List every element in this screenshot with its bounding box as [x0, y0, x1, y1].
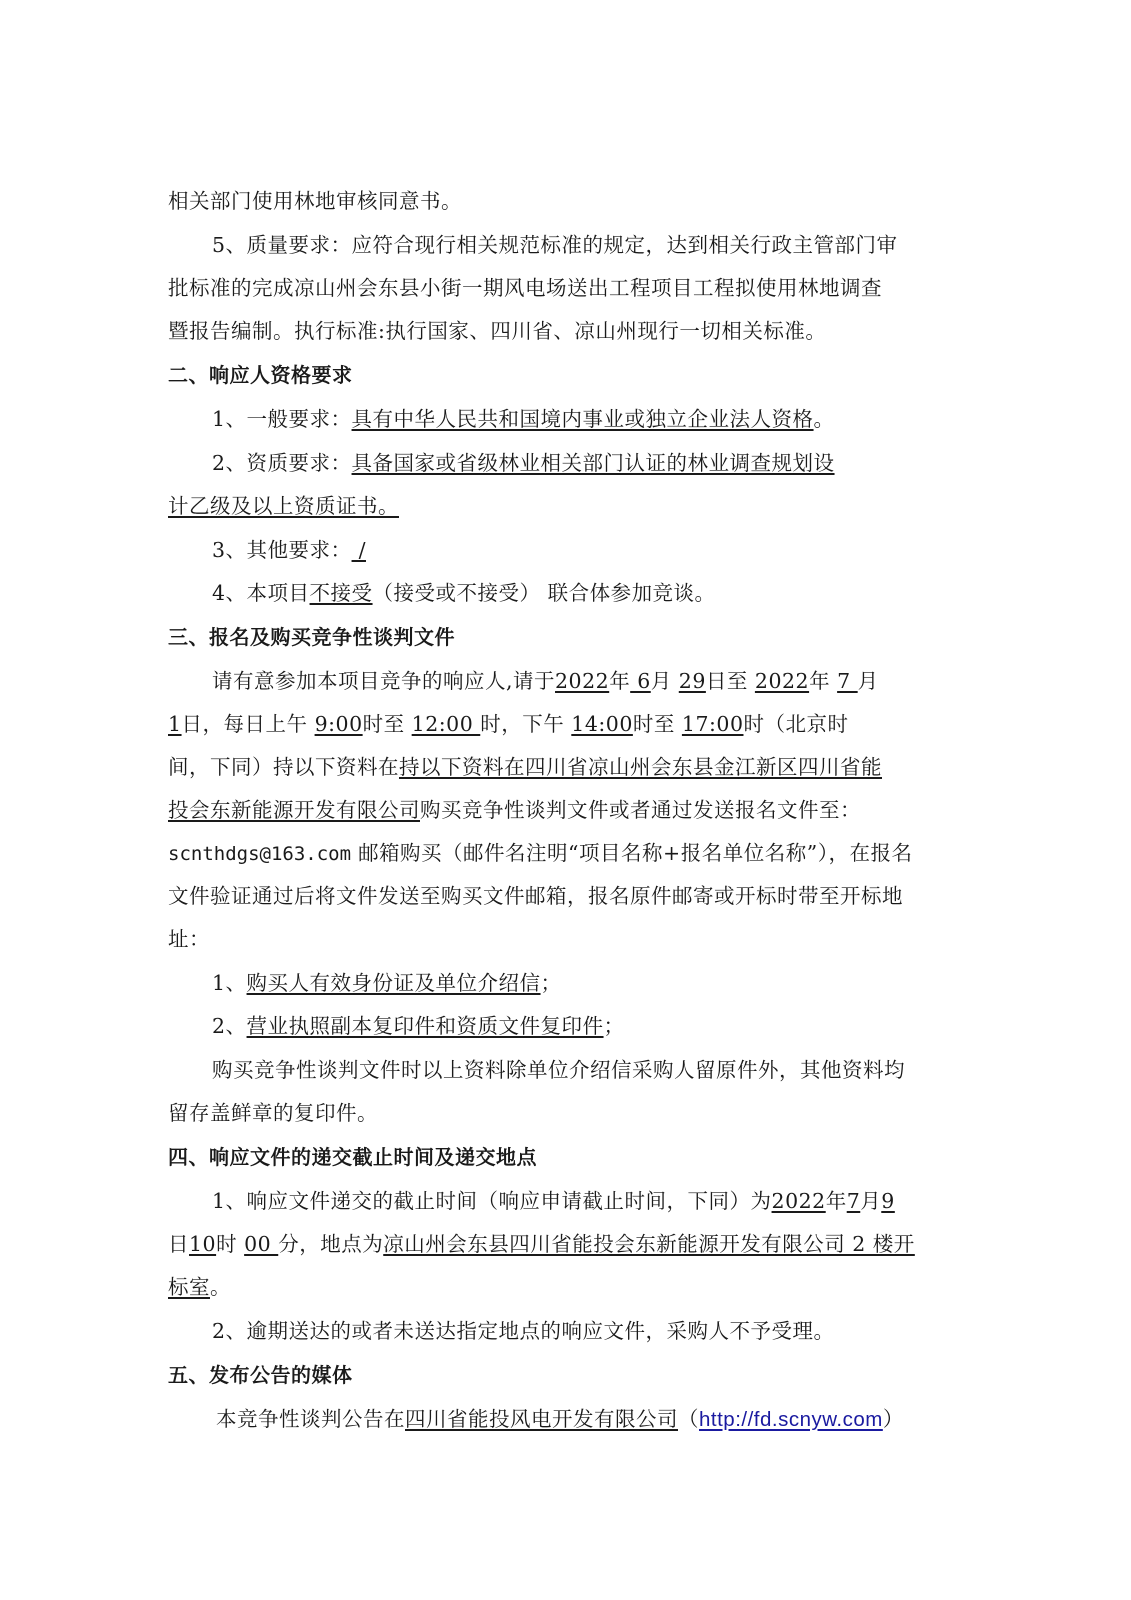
registration-line-6: 文件验证通过后将文件发送至购买文件邮箱，报名原件邮寄或开标时带至开标地 [168, 881, 948, 911]
quality-req-line-2: 批标准的完成凉山州会东县小街一期风电场送出工程项目工程拟使用林地调查 [168, 273, 948, 303]
media-organization: 四川省能投风电开发有限公司 [405, 1407, 678, 1431]
text: 时至 [633, 712, 675, 736]
text: 。 [210, 1275, 231, 1299]
end-year: 2022 [755, 669, 809, 693]
deadline-month: 7 [847, 1189, 861, 1213]
general-req-end: 。 [814, 407, 835, 431]
general-req-label: 1、一般要求： [212, 407, 352, 431]
text: 年 [826, 1189, 847, 1213]
deadline-minute: 00 [244, 1232, 278, 1256]
text: （ [678, 1407, 699, 1431]
submission-place: 凉山州会东县四川省能投会东新能源开发有限公司 2 楼开 [383, 1232, 915, 1256]
registration-line-7: 址： [168, 924, 948, 954]
section-heading-2: 二、响应人资格要求 [168, 360, 948, 390]
registration-line-5: scnthdgs@163.com 邮箱购买（邮件名注明“项目名称+报名单位名称”… [168, 838, 948, 869]
material-item-2: 2、营业执照副本复印件和资质文件复印件； [168, 1011, 992, 1041]
registration-line-1: 请有意参加本项目竞争的响应人,请于2022年 6月 29日至 2022年 7 月 [168, 666, 992, 696]
start-year: 2022 [555, 669, 609, 693]
pm-end-time: 17:00 [682, 712, 744, 736]
text: 月 [860, 1189, 881, 1213]
text: 分，地点为 [278, 1232, 383, 1256]
qualification-req-cont: 计乙级及以上资质证书。 [168, 491, 948, 521]
registration-line-2: 1日，每日上午 9:00时至 12:00 时，下午 14:00时至 17:00时… [168, 709, 948, 739]
other-req-label: 3、其他要求： [212, 538, 352, 562]
end-day: 1 [168, 712, 182, 736]
qualification-req-value-2: 计乙级及以上资质证书。 [168, 494, 399, 518]
text: 邮箱购买（邮件名注明“项目名称+报名单位名称”），在报名 [358, 841, 912, 865]
section-heading-5: 五、发布公告的媒体 [168, 1360, 948, 1390]
start-day: 29 [679, 669, 706, 693]
text: 时 [216, 1232, 237, 1256]
text: 间，下同）持以下资料在 [168, 755, 399, 779]
deadline-hour: 10 [189, 1232, 216, 1256]
consortium-req-value: 不接受 [310, 581, 373, 605]
registration-line-4: 投会东新能源开发有限公司购买竞争性谈判文件或者通过发送报名文件至： [168, 795, 948, 825]
text: ） [883, 1407, 904, 1431]
submission-line-3: 标室。 [168, 1272, 948, 1302]
am-end-time: 12:00 [412, 712, 481, 736]
consortium-req-pre: 4、本项目 [212, 581, 310, 605]
registration-email: scnthdgs@163.com [168, 843, 351, 865]
material-item-1-value: 购买人有效身份证及单位介绍信 [247, 971, 541, 995]
text: 年 [809, 669, 830, 693]
qualification-req: 2、资质要求：具备国家或省级林业相关部门认证的林业调查规划设 [168, 448, 992, 478]
text: ； [604, 1014, 625, 1038]
general-req: 1、一般要求：具有中华人民共和国境内事业或独立企业法人资格。 [168, 404, 992, 434]
consortium-req-post: （接受或不接受） 联合体参加竞谈。 [373, 581, 716, 605]
qualification-req-label: 2、资质要求： [212, 451, 352, 475]
text: 月 [651, 669, 672, 693]
text: 日，每日上午 [182, 712, 308, 736]
registration-address-cont: 投会东新能源开发有限公司 [168, 798, 420, 822]
submission-line-1: 1、响应文件递交的截止时间（响应申请截止时间，下同）为2022年7月9 [168, 1186, 992, 1216]
registration-line-3: 间，下同）持以下资料在持以下资料在四川省凉山州会东县金江新区四川省能 [168, 752, 948, 782]
general-req-value: 具有中华人民共和国境内事业或独立企业法人资格 [352, 407, 814, 431]
material-item-2-value: 营业执照副本复印件和资质文件复印件 [247, 1014, 604, 1038]
text: ； [541, 971, 562, 995]
section-heading-3: 三、报名及购买竞争性谈判文件 [168, 622, 948, 652]
quality-req-line-1: 5、质量要求：应符合现行相关规范标准的规定，达到相关行政主管部门审 [168, 230, 992, 260]
text: 月 [858, 669, 879, 693]
text: 购买竞争性谈判文件或者通过发送报名文件至： [420, 798, 861, 822]
text: 本竞争性谈判公告在 [216, 1407, 405, 1431]
qualification-req-value-1: 具备国家或省级林业相关部门认证的林业调查规划设 [352, 451, 835, 475]
material-item-1-label: 1、 [212, 971, 247, 995]
other-req: 3、其他要求： / [168, 535, 992, 565]
late-submission-note: 2、逾期送达的或者未送达指定地点的响应文件，采购人不予受理。 [168, 1316, 992, 1346]
text: 1、响应文件递交的截止时间（响应申请截止时间，下同）为 [212, 1189, 772, 1213]
text: 日 [168, 1232, 189, 1256]
media-line: 本竞争性谈判公告在四川省能投风电开发有限公司（http://fd.scnyw.c… [168, 1404, 996, 1435]
am-start-time: 9:00 [315, 712, 363, 736]
paragraph-prev-continuation: 相关部门使用林地审核同意书。 [168, 186, 948, 216]
end-month: 7 [837, 669, 858, 693]
submission-place-cont: 标室 [168, 1275, 210, 1299]
section-heading-4: 四、响应文件的递交截止时间及递交地点 [168, 1142, 948, 1172]
consortium-req: 4、本项目不接受（接受或不接受） 联合体参加竞谈。 [168, 578, 992, 608]
text: 时，下午 [480, 712, 564, 736]
pm-start-time: 14:00 [571, 712, 633, 736]
text: 请有意参加本项目竞争的响应人,请于 [212, 669, 555, 693]
registration-address: 持以下资料在四川省凉山州会东县金江新区四川省能 [399, 755, 882, 779]
deadline-day: 9 [881, 1189, 895, 1213]
material-item-1: 1、购买人有效身份证及单位介绍信； [168, 968, 992, 998]
material-note-line-1: 购买竞争性谈判文件时以上资料除单位介绍信采购人留原件外，其他资料均 [168, 1055, 992, 1085]
start-month: 6 [630, 669, 651, 693]
material-item-2-label: 2、 [212, 1014, 247, 1038]
text: 时（北京时 [743, 712, 848, 736]
submission-line-2: 日10时 00 分，地点为凉山州会东县四川省能投会东新能源开发有限公司 2 楼开 [168, 1229, 948, 1259]
material-note-line-2: 留存盖鲜章的复印件。 [168, 1098, 948, 1128]
other-req-value: / [352, 538, 366, 562]
text: 日至 [706, 669, 748, 693]
deadline-year: 2022 [772, 1189, 826, 1213]
text: 年 [609, 669, 630, 693]
media-url-link[interactable]: http://fd.scnyw.com [699, 1408, 883, 1431]
quality-req-line-3: 暨报告编制。执行标准:执行国家、四川省、凉山州现行一切相关标准。 [168, 316, 948, 346]
text: 时至 [363, 712, 405, 736]
